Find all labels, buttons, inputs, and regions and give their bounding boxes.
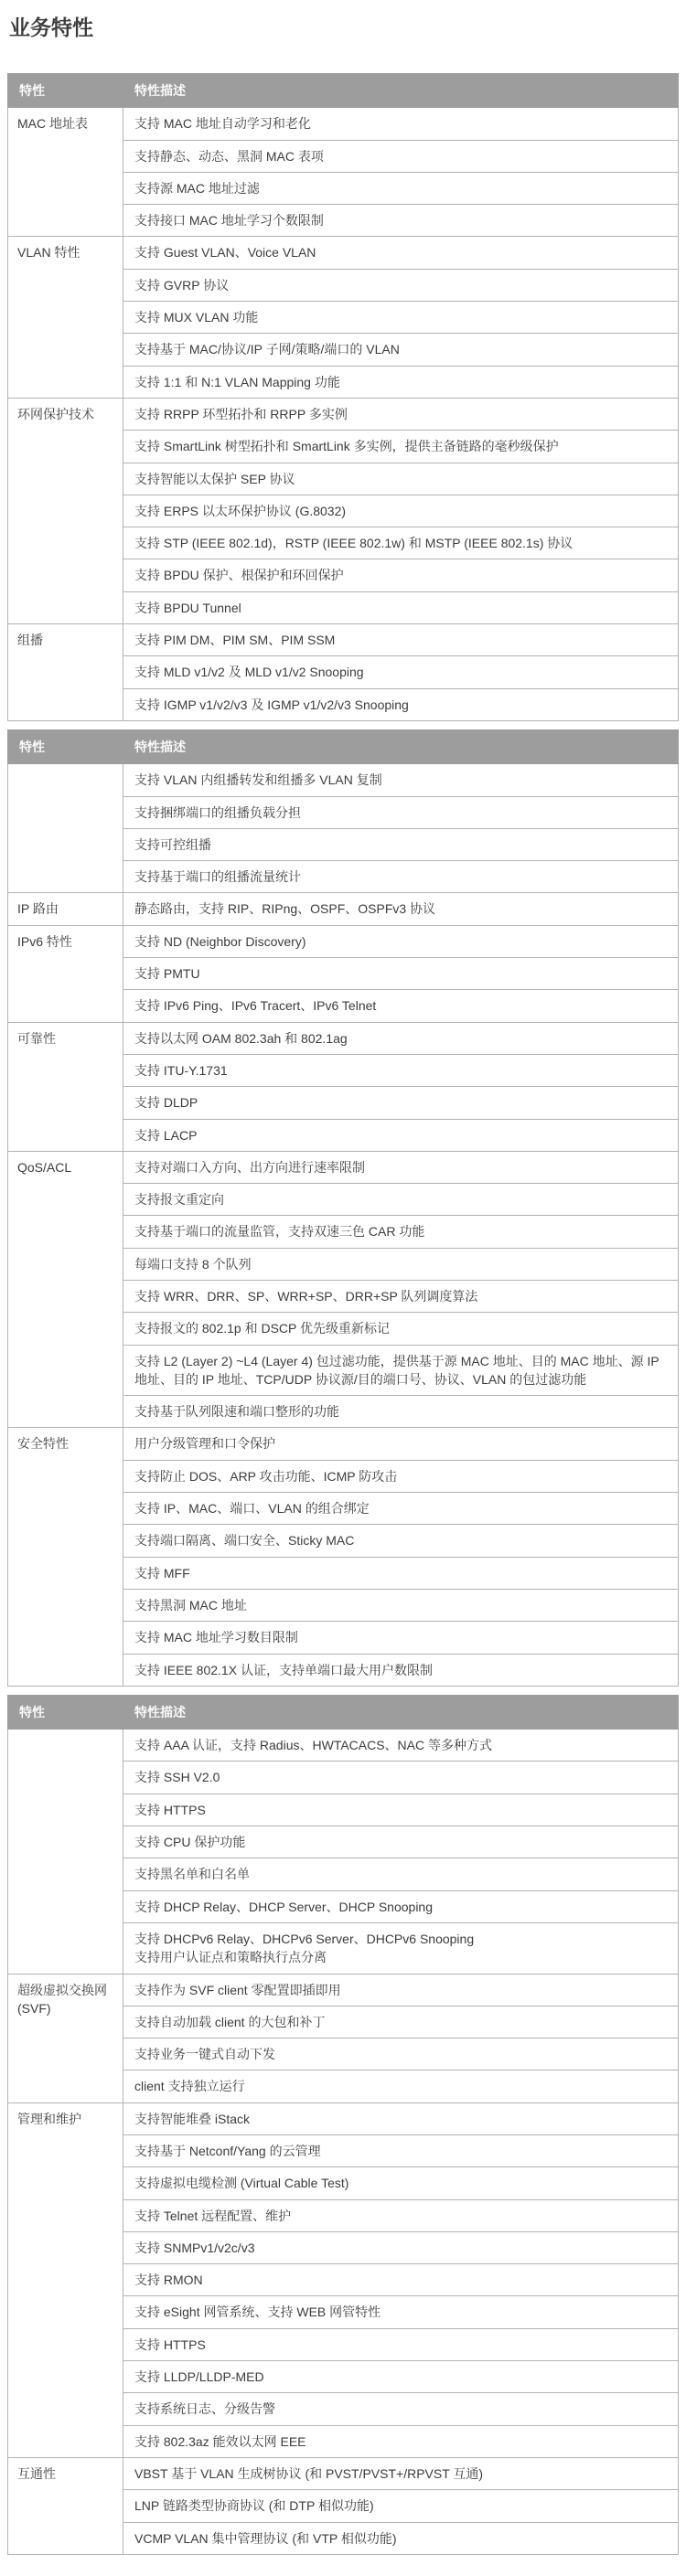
description-cell: 支持黑洞 MAC 地址 xyxy=(123,1589,679,1621)
description-cell: 支持 IPv6 Ping、IPv6 Tracert、IPv6 Telnet xyxy=(123,990,679,1022)
description-cell: 支持端口隔离、端口安全、Sticky MAC xyxy=(123,1525,679,1557)
description-cell: 支持 CPU 保护功能 xyxy=(123,1826,679,1858)
description-cell: 支持 SmartLink 树型拓扑和 SmartLink 多实例，提供主备链路的… xyxy=(123,431,679,463)
feature-table: 特性特性描述支持 VLAN 内组播转发和组播多 VLAN 复制支持捆绑端口的组播… xyxy=(7,729,679,1687)
table-row: 支持 VLAN 内组播转发和组播多 VLAN 复制 xyxy=(8,764,679,796)
table-row: IPv6 特性支持 ND (Neighbor Discovery) xyxy=(8,925,679,957)
description-cell: 支持虚拟电缆检测 (Virtual Cable Test) xyxy=(123,2167,679,2199)
description-cell: 支持源 MAC 地址过滤 xyxy=(123,172,679,204)
table-row: VLAN 特性支持 Guest VLAN、Voice VLAN xyxy=(8,237,679,269)
feature-column-header: 特性 xyxy=(8,729,123,763)
table-row: QoS/ACL支持对端口入方向、出方向进行速率限制 xyxy=(8,1151,679,1183)
description-cell: 支持 MUX VLAN 功能 xyxy=(123,302,679,334)
description-cell: 支持以太网 OAM 802.3ah 和 802.1ag xyxy=(123,1022,679,1054)
table-header-row: 特性特性描述 xyxy=(8,74,679,108)
description-cell: 支持智能堆叠 iStack xyxy=(123,2102,679,2134)
description-cell: 支持 BPDU 保护、根保护和环回保护 xyxy=(123,559,679,591)
feature-cell: 组播 xyxy=(8,624,123,721)
description-cell: 支持业务一键式自动下发 xyxy=(123,2038,679,2070)
table-header-row: 特性特性描述 xyxy=(8,729,679,763)
feature-cell: IPv6 特性 xyxy=(8,925,123,1022)
description-cell: LNP 链路类型协商协议 (和 DTP 相似功能) xyxy=(123,2490,679,2522)
feature-cell: 超级虚拟交换网 (SVF) xyxy=(8,1974,123,2102)
description-cell: 支持 AAA 认证，支持 Radius、HWTACACS、NAC 等多种方式 xyxy=(123,1730,679,1762)
description-cell: 支持 ERPS 以太环保护协议 (G.8032) xyxy=(123,495,679,527)
description-cell: 支持 MFF xyxy=(123,1557,679,1589)
description-column-header: 特性描述 xyxy=(123,1695,679,1729)
description-cell: 支持 HTTPS xyxy=(123,1794,679,1826)
description-cell: 支持 HTTPS xyxy=(123,2328,679,2360)
table-row: 互通性VBST 基于 VLAN 生成树协议 (和 PVST/PVST+/RPVS… xyxy=(8,2457,679,2489)
description-cell: 支持 GVRP 协议 xyxy=(123,269,679,301)
description-cell: 支持 BPDU Tunnel xyxy=(123,591,679,623)
description-cell: 支持 PIM DM、PIM SM、PIM SSM xyxy=(123,624,679,656)
table-row: 组播支持 PIM DM、PIM SM、PIM SSM xyxy=(8,624,679,656)
description-cell: 支持 PMTU xyxy=(123,958,679,990)
table-row: 支持 AAA 认证，支持 Radius、HWTACACS、NAC 等多种方式 xyxy=(8,1730,679,1762)
description-cell: 支持 ND (Neighbor Discovery) xyxy=(123,925,679,957)
description-cell: 支持报文的 802.1p 和 DSCP 优先级重新标记 xyxy=(123,1313,679,1345)
feature-cell xyxy=(8,1730,123,1974)
table-row: 管理和维护支持智能堆叠 iStack xyxy=(8,2102,679,2134)
feature-table: 特性特性描述支持 AAA 认证，支持 Radius、HWTACACS、NAC 等… xyxy=(7,1695,679,2555)
table-row: MAC 地址表支持 MAC 地址自动学习和老化 xyxy=(8,108,679,140)
feature-cell: 管理和维护 xyxy=(8,2102,123,2457)
description-cell: 支持 802.3az 能效以太网 EEE xyxy=(123,2425,679,2457)
feature-cell: 安全特性 xyxy=(8,1428,123,1686)
description-cell: 支持自动加载 client 的大包和补丁 xyxy=(123,2006,679,2038)
description-cell: 支持 SNMPv1/v2c/v3 xyxy=(123,2231,679,2263)
description-cell: client 支持独立运行 xyxy=(123,2070,679,2102)
page-title: 业务特性 xyxy=(9,15,686,40)
description-cell: 支持捆绑端口的组播负载分担 xyxy=(123,796,679,828)
feature-column-header: 特性 xyxy=(8,1695,123,1729)
description-cell: 支持 LACP xyxy=(123,1119,679,1151)
feature-cell: VLAN 特性 xyxy=(8,237,123,398)
description-cell: 支持 MAC 地址学习数目限制 xyxy=(123,1622,679,1654)
description-cell: 支持 STP (IEEE 802.1d)，RSTP (IEEE 802.1w) … xyxy=(123,527,679,559)
description-cell: 支持 RRPP 环型拓扑和 RRPP 多实例 xyxy=(123,398,679,430)
description-cell: 支持 1:1 和 N:1 VLAN Mapping 功能 xyxy=(123,366,679,398)
description-cell: 支持 VLAN 内组播转发和组播多 VLAN 复制 xyxy=(123,764,679,796)
description-cell: 支持 MLD v1/v2 及 MLD v1/v2 Snooping xyxy=(123,656,679,688)
feature-cell: QoS/ACL xyxy=(8,1151,123,1428)
description-cell: 每端口支持 8 个队列 xyxy=(123,1248,679,1280)
description-cell: 支持对端口入方向、出方向进行速率限制 xyxy=(123,1151,679,1183)
feature-cell: 环网保护技术 xyxy=(8,398,123,623)
description-cell: 支持 DHCPv6 Relay、DHCPv6 Server、DHCPv6 Sno… xyxy=(123,1922,679,1974)
table-row: 超级虚拟交换网 (SVF)支持作为 SVF client 零配置即插即用 xyxy=(8,1974,679,2006)
feature-cell: 可靠性 xyxy=(8,1022,123,1151)
description-cell: 支持 L2 (Layer 2) ~L4 (Layer 4) 包过滤功能，提供基于… xyxy=(123,1345,679,1396)
feature-cell: MAC 地址表 xyxy=(8,108,123,237)
table-row: IP 路由静态路由，支持 RIP、RIPng、OSPF、OSPFv3 协议 xyxy=(8,893,679,925)
description-cell: 用户分级管理和口令保护 xyxy=(123,1428,679,1460)
description-cell: 支持基于端口的组播流量统计 xyxy=(123,861,679,893)
description-cell: 支持 WRR、DRR、SP、WRR+SP、DRR+SP 队列调度算法 xyxy=(123,1280,679,1312)
description-cell: 支持 RMON xyxy=(123,2264,679,2296)
feature-cell: 互通性 xyxy=(8,2457,123,2554)
table-header-row: 特性特性描述 xyxy=(8,1695,679,1729)
description-column-header: 特性描述 xyxy=(123,729,679,763)
feature-table: 特性特性描述MAC 地址表支持 MAC 地址自动学习和老化支持静态、动态、黑洞 … xyxy=(7,73,679,721)
description-cell: 支持基于 MAC/协议/IP 子网/策略/端口的 VLAN xyxy=(123,334,679,366)
table-row: 可靠性支持以太网 OAM 802.3ah 和 802.1ag xyxy=(8,1022,679,1054)
description-cell: 支持 DLDP xyxy=(123,1087,679,1119)
description-cell: 支持 DHCP Relay、DHCP Server、DHCP Snooping xyxy=(123,1890,679,1922)
description-cell: 支持基于队列限速和端口整形的功能 xyxy=(123,1396,679,1428)
description-cell: 支持 IGMP v1/v2/v3 及 IGMP v1/v2/v3 Snoopin… xyxy=(123,688,679,720)
description-cell: 支持 Guest VLAN、Voice VLAN xyxy=(123,237,679,269)
description-cell: 支持 eSight 网管系统、支持 WEB 网管特性 xyxy=(123,2296,679,2328)
description-cell: 支持可控组播 xyxy=(123,828,679,860)
table-row: 安全特性用户分级管理和口令保护 xyxy=(8,1428,679,1460)
description-cell: 支持静态、动态、黑洞 MAC 表项 xyxy=(123,140,679,172)
description-cell: VBST 基于 VLAN 生成树协议 (和 PVST/PVST+/RPVST 互… xyxy=(123,2457,679,2489)
description-cell: 支持基于端口的流量监管，支持双速三色 CAR 功能 xyxy=(123,1216,679,1248)
feature-tables: 特性特性描述MAC 地址表支持 MAC 地址自动学习和老化支持静态、动态、黑洞 … xyxy=(0,73,686,2555)
description-cell: 支持黑名单和白名单 xyxy=(123,1858,679,1890)
description-cell: 支持 SSH V2.0 xyxy=(123,1762,679,1794)
feature-column-header: 特性 xyxy=(8,74,123,108)
description-cell: 支持 IEEE 802.1X 认证，支持单端口最大用户数限制 xyxy=(123,1654,679,1686)
description-cell: 支持 IP、MAC、端口、VLAN 的组合绑定 xyxy=(123,1493,679,1525)
description-column-header: 特性描述 xyxy=(123,74,679,108)
feature-cell xyxy=(8,764,123,893)
description-cell: VCMP VLAN 集中管理协议 (和 VTP 相似功能) xyxy=(123,2522,679,2554)
description-cell: 支持系统日志、分级告警 xyxy=(123,2393,679,2425)
description-cell: 静态路由，支持 RIP、RIPng、OSPF、OSPFv3 协议 xyxy=(123,893,679,925)
description-cell: 支持报文重定向 xyxy=(123,1184,679,1216)
description-cell: 支持 MAC 地址自动学习和老化 xyxy=(123,108,679,140)
description-cell: 支持基于 Netconf/Yang 的云管理 xyxy=(123,2135,679,2167)
description-cell: 支持防止 DOS、ARP 攻击功能、ICMP 防攻击 xyxy=(123,1460,679,1492)
table-row: 环网保护技术支持 RRPP 环型拓扑和 RRPP 多实例 xyxy=(8,398,679,430)
description-cell: 支持接口 MAC 地址学习个数限制 xyxy=(123,205,679,237)
description-cell: 支持 LLDP/LLDP-MED xyxy=(123,2361,679,2393)
description-cell: 支持智能以太保护 SEP 协议 xyxy=(123,463,679,495)
description-cell: 支持 ITU-Y.1731 xyxy=(123,1054,679,1086)
description-cell: 支持作为 SVF client 零配置即插即用 xyxy=(123,1974,679,2006)
description-cell: 支持 Telnet 远程配置、维护 xyxy=(123,2199,679,2231)
feature-cell: IP 路由 xyxy=(8,893,123,925)
